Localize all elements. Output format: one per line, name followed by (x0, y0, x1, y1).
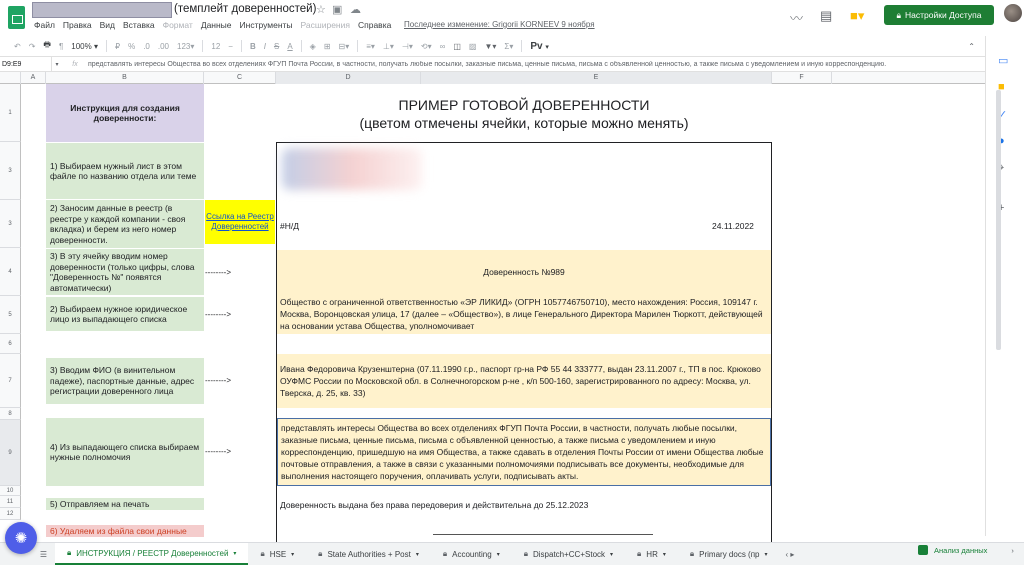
italic-icon[interactable]: I (264, 42, 266, 51)
side-panel: ▭ ■ ✓ ● ⌖ + (985, 36, 1024, 536)
menu-item[interactable]: Данные (201, 20, 232, 30)
chevron-down-icon[interactable]: ▾ (497, 551, 500, 558)
lock-icon: 🔒︎ (690, 549, 694, 559)
paint-format-icon[interactable]: ¶ (59, 42, 63, 51)
fill-color-icon[interactable]: ◈ (310, 42, 316, 51)
print-icon[interactable]: 🖶 (43, 39, 51, 53)
select-all-corner[interactable] (0, 72, 21, 84)
menu-item[interactable]: Справка (358, 20, 391, 30)
toolbar: ↶ ↷ 🖶 ¶ 100% ▾ ₽ % .0 .00 123▾ 12 − B I … (0, 36, 985, 56)
currency-icon[interactable]: ₽ (115, 42, 120, 51)
row-header[interactable]: 7 (0, 354, 21, 408)
row-header[interactable]: 3 (0, 142, 21, 200)
row-header[interactable]: 8 (0, 408, 21, 420)
column-header[interactable]: A (21, 72, 46, 84)
instruction-step[interactable]: 3) Вводим ФИО (в винительном падеже), па… (46, 358, 204, 404)
merge-cells-icon[interactable]: ⊟▾ (339, 42, 350, 51)
column-header[interactable]: F (772, 72, 832, 84)
undo-icon[interactable]: ↶ (14, 42, 21, 51)
move-folder-icon[interactable]: ▣ (332, 3, 342, 16)
gear-icon: ✺ (15, 529, 28, 547)
text-color-icon[interactable]: A (287, 42, 292, 51)
chevron-right-icon[interactable]: › (1011, 546, 1014, 555)
document-subtitle: (цветом отмечены ячейки, которые можно м… (276, 114, 772, 132)
divider (241, 40, 242, 52)
registry-link-cell[interactable]: Ссылка на Реестр Доверенностей (205, 200, 275, 244)
arrow: --------> (205, 268, 231, 277)
chevron-down-icon[interactable]: ▾ (233, 550, 236, 557)
row-header[interactable]: 5 (0, 296, 21, 334)
row-header[interactable]: 1 (0, 84, 21, 142)
instruction-step-delete[interactable]: 6) Удаляем из файла свои данные (46, 525, 204, 537)
powers-cell[interactable]: представлять интересы Общества во всех о… (277, 418, 771, 486)
menu-item[interactable]: Формат (163, 20, 193, 30)
divider (357, 40, 358, 52)
arrow: --------> (205, 310, 231, 319)
redo-icon[interactable]: ↷ (29, 42, 36, 51)
lock-icon: 🔒︎ (67, 548, 71, 558)
collapse-toolbar-icon[interactable]: ⌃ (968, 42, 975, 51)
share-button[interactable]: 🔒︎ Настройки Доступа (884, 5, 994, 25)
strikethrough-icon[interactable]: S (274, 42, 279, 51)
trustee-cell[interactable]: Ивана Федоровича Крузенштерна (07.11.199… (277, 354, 771, 408)
menu-bar: ФайлПравкаВидВставкаФорматДанныеИнструме… (34, 20, 391, 30)
document-date-cell[interactable]: 24.11.2022 (712, 221, 754, 231)
instruction-step[interactable]: 3) В эту ячейку вводим номер доверенност… (46, 249, 204, 295)
validity-cell[interactable]: Доверенность выдана без права передовери… (280, 500, 588, 510)
menu-item[interactable]: Инструменты (240, 20, 293, 30)
functions-icon[interactable]: Σ▾ (504, 42, 513, 51)
horizontal-align-icon[interactable]: ≡▾ (366, 42, 375, 51)
lock-icon: 🔒︎ (637, 549, 641, 559)
document-ref-cell[interactable]: #Н/Д (280, 221, 299, 231)
vertical-align-icon[interactable]: ⊥▾ (383, 42, 394, 51)
borders-icon[interactable]: ⊞ (324, 42, 331, 51)
assistant-fab-button[interactable]: ✺ (5, 522, 37, 554)
comments-icon[interactable]: ▤ (820, 8, 832, 24)
doc-title[interactable]: (темплейт доверенностей) (174, 3, 316, 15)
column-header[interactable]: E (421, 72, 772, 84)
name-box[interactable]: D9:E9 (0, 57, 52, 71)
chevron-down-icon[interactable]: ▾ (610, 551, 613, 558)
row-header[interactable]: 11 (0, 496, 21, 508)
column-header[interactable]: D (276, 72, 421, 84)
text-wrap-icon[interactable]: ⊣▾ (402, 42, 413, 51)
divider (106, 40, 107, 52)
arrow: --------> (205, 376, 231, 385)
menu-item[interactable]: Вид (100, 20, 115, 30)
menu-item[interactable]: Правка (63, 20, 92, 30)
number-format-select[interactable]: 123▾ (177, 42, 194, 51)
lock-icon: 🔒︎ (897, 10, 902, 21)
instruction-step[interactable]: 4) Из выпадающего списка выбираем нужные… (46, 418, 204, 486)
menu-item[interactable]: Вставка (123, 20, 155, 30)
column-header[interactable]: B (46, 72, 204, 84)
registry-link[interactable]: Ссылка на Реестр Доверенностей (205, 212, 275, 233)
name-box-dropdown-icon[interactable]: ▾ (52, 61, 62, 68)
formula-bar: D9:E9 ▾ fx представлять интересы Обществ… (0, 56, 985, 72)
divider (521, 40, 522, 52)
row-header[interactable]: 6 (0, 334, 21, 354)
lock-icon: 🔒︎ (524, 549, 528, 559)
formula-input[interactable]: представлять интересы Общества во всех о… (88, 61, 985, 68)
font-size-minus-icon[interactable]: − (228, 42, 233, 51)
divider (301, 40, 302, 52)
lock-icon: 🔒︎ (443, 549, 447, 559)
lock-icon: 🔒︎ (318, 549, 322, 559)
poa-number-cell[interactable]: Доверенность №989 (277, 250, 771, 294)
decrease-decimal-icon[interactable]: .0 (143, 42, 150, 51)
vertical-scrollbar[interactable] (996, 90, 1001, 350)
column-header[interactable]: C (204, 72, 276, 84)
divider (202, 40, 203, 52)
star-icon[interactable]: ☆ (316, 3, 326, 16)
company-cell[interactable]: Общество с ограниченной ответственностью… (277, 294, 771, 334)
cloud-status-icon[interactable]: ☁ (350, 3, 361, 16)
menu-item[interactable]: Расширения (301, 20, 350, 30)
chevron-down-icon[interactable]: ▾ (764, 551, 767, 558)
input-tools-button[interactable]: Pv ▾ (530, 41, 549, 52)
zoom-select[interactable]: 100% ▾ (71, 42, 98, 51)
company-logo-blurred (282, 148, 422, 190)
instruction-step[interactable]: 2) Выбираем нужное юридическое лицо из в… (46, 297, 204, 331)
signature-line (433, 534, 653, 535)
sheet-tab[interactable]: 🔒︎State Authorities + Post▾ (306, 543, 431, 565)
sheet-tab[interactable]: 🔒︎HSE▾ (248, 543, 306, 565)
meet-icon[interactable]: ■▾ (850, 8, 864, 24)
avatar[interactable] (1004, 4, 1022, 22)
row-header[interactable]: 10 (0, 486, 21, 496)
percent-icon[interactable]: % (128, 42, 135, 51)
lock-icon: 🔒︎ (260, 549, 264, 559)
spreadsheet-app: (темплейт доверенностей) ☆ ▣ ☁ ФайлПравк… (0, 0, 1024, 565)
insert-chart-icon[interactable]: ▨ (469, 42, 477, 51)
document-title: ПРИМЕР ГОТОВОЙ ДОВЕРЕННОСТИ (276, 96, 772, 114)
activity-trend-icon[interactable]: 〰 (790, 8, 803, 27)
instruction-step[interactable]: 5) Отправляем на печать (46, 498, 204, 510)
chevron-down-icon[interactable]: ▾ (291, 551, 294, 558)
row-header[interactable]: 12 (0, 508, 21, 520)
chevron-down-icon[interactable]: ▾ (663, 551, 666, 558)
sheets-logo-icon[interactable] (8, 6, 25, 29)
tab-scroll-arrows[interactable]: ‹ ▸ (780, 550, 795, 559)
last-edit-link[interactable]: Последнее изменение: Grigorii KORNEEV 9 … (404, 20, 595, 29)
calendar-icon[interactable]: ▭ (998, 54, 1008, 67)
menu-item[interactable]: Файл (34, 20, 55, 30)
sheet-tab[interactable]: 🔒︎Accounting▾ (431, 543, 512, 565)
explore-icon (918, 545, 928, 555)
insert-comment-icon[interactable]: ◫ (453, 42, 461, 51)
instructions-header[interactable]: Инструкция для создания доверенности: (46, 84, 204, 142)
explore-button[interactable]: Анализ данных › (918, 545, 1014, 555)
instruction-step[interactable]: 2) Заносим данные в реестр (в реестре у … (46, 200, 204, 248)
row-header[interactable]: 3 (0, 200, 21, 248)
sheet-tab[interactable]: 🔒︎Dispatch+CC+Stock▾ (512, 543, 625, 565)
arrow: --------> (205, 447, 231, 456)
chevron-down-icon[interactable]: ▾ (416, 551, 419, 558)
instruction-step[interactable]: 1) Выбираем нужный лист в этом файле по … (46, 143, 204, 199)
row-header[interactable]: 4 (0, 248, 21, 296)
document-heading: ПРИМЕР ГОТОВОЙ ДОВЕРЕННОСТИ (цветом отме… (276, 96, 772, 132)
row-header[interactable]: 9 (0, 420, 21, 486)
text-rotate-icon[interactable]: ⟲▾ (421, 42, 432, 51)
sheet-tab[interactable]: 🔒︎HR▾ (625, 543, 678, 565)
increase-decimal-icon[interactable]: .00 (158, 42, 169, 51)
fx-icon: fx (62, 61, 88, 68)
sheet-tab[interactable]: 🔒︎ИНСТРУКЦИЯ / РЕЕСТР Доверенностей▾ (55, 543, 248, 565)
font-size-field[interactable]: 12 (211, 42, 220, 51)
filter-icon[interactable]: ▼▾ (484, 42, 496, 51)
bold-icon[interactable]: B (250, 42, 256, 51)
sheet-tab[interactable]: 🔒︎Primary docs (пр▾ (678, 543, 780, 565)
insert-link-icon[interactable]: ∞ (440, 42, 446, 51)
redacted-doc-name[interactable] (32, 2, 172, 18)
column-headers: A B C D E F (0, 72, 985, 84)
sheet-tabs-bar: ☰ 🔒︎ИНСТРУКЦИЯ / РЕЕСТР Доверенностей▾🔒︎… (0, 542, 1024, 565)
